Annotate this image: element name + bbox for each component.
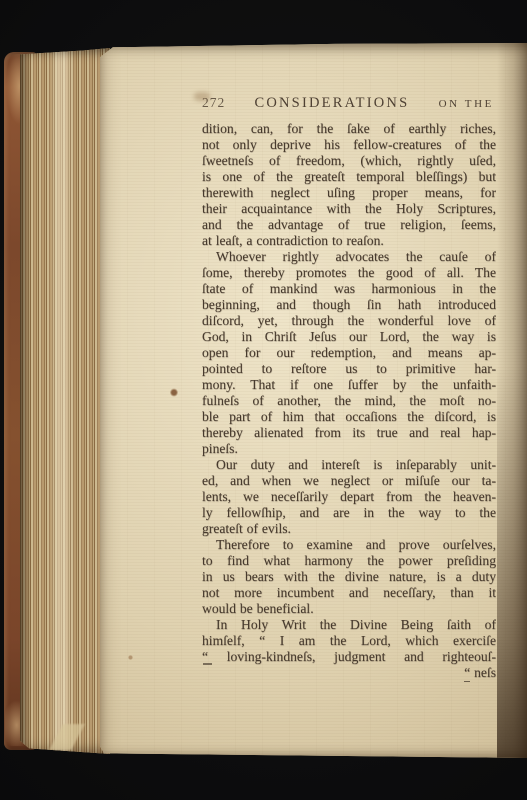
foxing-spot	[170, 388, 178, 397]
text-line: himſelf, “ I am the Lord, which exerciſe	[202, 633, 496, 649]
page-number: 272	[202, 95, 225, 111]
text-line: ed, and when we neglect or miſuſe our ta…	[202, 473, 496, 489]
text-line: and the advantage of true religion, ſeem…	[202, 217, 496, 233]
photo-backdrop: 272 CONSIDERATIONS ON THE dition, can, f…	[0, 0, 527, 800]
text-line: open for our redemption, and means ap-	[202, 345, 496, 361]
text-line: mony. That if one ſuffer by the unfaith-	[202, 377, 496, 393]
catchword-quote: “	[464, 665, 470, 682]
text-line: ſome, thereby promotes the good of all. …	[202, 265, 496, 281]
running-title: CONSIDERATIONS	[254, 95, 409, 112]
page-edges-stack	[20, 48, 110, 754]
open-page: 272 CONSIDERATIONS ON THE dition, can, f…	[100, 43, 527, 758]
text-line: ly fellowſhip, and are in the way to the	[202, 505, 496, 521]
text-line: greateſt of evils.	[202, 521, 496, 537]
text-line: Whoever rightly advocates the cauſe of	[202, 249, 496, 265]
body-text: dition, can, for the ſake of earthly ric…	[202, 121, 496, 681]
text-line: “ loving-kindneſs, judgment and righteou…	[202, 649, 496, 665]
page-header: 272 CONSIDERATIONS ON THE	[202, 95, 494, 112]
text-line: to find what harmony the power preſiding	[202, 553, 496, 569]
text-line: Therefore to examine and prove ourſelves…	[202, 537, 496, 553]
foxing-spot	[128, 655, 133, 660]
text-line: pineſs.	[202, 441, 496, 457]
text-line: beginning, and though ſin hath introduce…	[202, 297, 496, 313]
catchword-word: neſs	[474, 665, 496, 680]
text-line: not only deprive his fellow-creatures of…	[202, 137, 496, 153]
text-line: thereby alienated from its true and real…	[202, 425, 496, 441]
text-line: in us bears with the divine nature, is a…	[202, 569, 496, 585]
gutter-shadow	[497, 43, 527, 758]
text-line: their acquaintance with the Holy Scriptu…	[202, 201, 496, 217]
text-line: pointed to reſtore us to primitive har-	[202, 361, 496, 377]
text-line: Our duty and intereſt is inſeparably uni…	[202, 457, 496, 473]
running-title-tail: ON THE	[439, 98, 494, 110]
text-line: ble part of him that occaſions the diſco…	[202, 409, 496, 425]
text-line: In Holy Writ the Divine Being ſaith of	[202, 617, 496, 633]
text-line: diſcord, yet, through the wonderful love…	[202, 313, 496, 329]
text-line: would be beneficial.	[202, 601, 496, 617]
quote-continuation-dash	[203, 663, 212, 665]
text-line: fulneſs of another, the mind, the moſt n…	[202, 393, 496, 409]
text-line: lents, we neceſſarily depart from the he…	[202, 489, 496, 505]
text-line: ſtate of mankind was harmonious in the	[202, 281, 496, 297]
text-line: not more incumbent and neceſſary, than i…	[202, 585, 496, 601]
text-line: is one of the greateſt temporal bleſſing…	[202, 169, 496, 185]
text-line: dition, can, for the ſake of earthly ric…	[202, 121, 496, 137]
text-line: therewith neglect uſing proper means, fo…	[202, 185, 496, 201]
text-line: ſweetneſs of freedom, (which, rightly uſ…	[202, 153, 496, 169]
text-line: God, in Chriſt Jeſus our Lord, the way i…	[202, 329, 496, 345]
catchword: “ neſs	[202, 665, 496, 681]
text-line: at leaſt, a contradiction to reaſon.	[202, 233, 496, 249]
